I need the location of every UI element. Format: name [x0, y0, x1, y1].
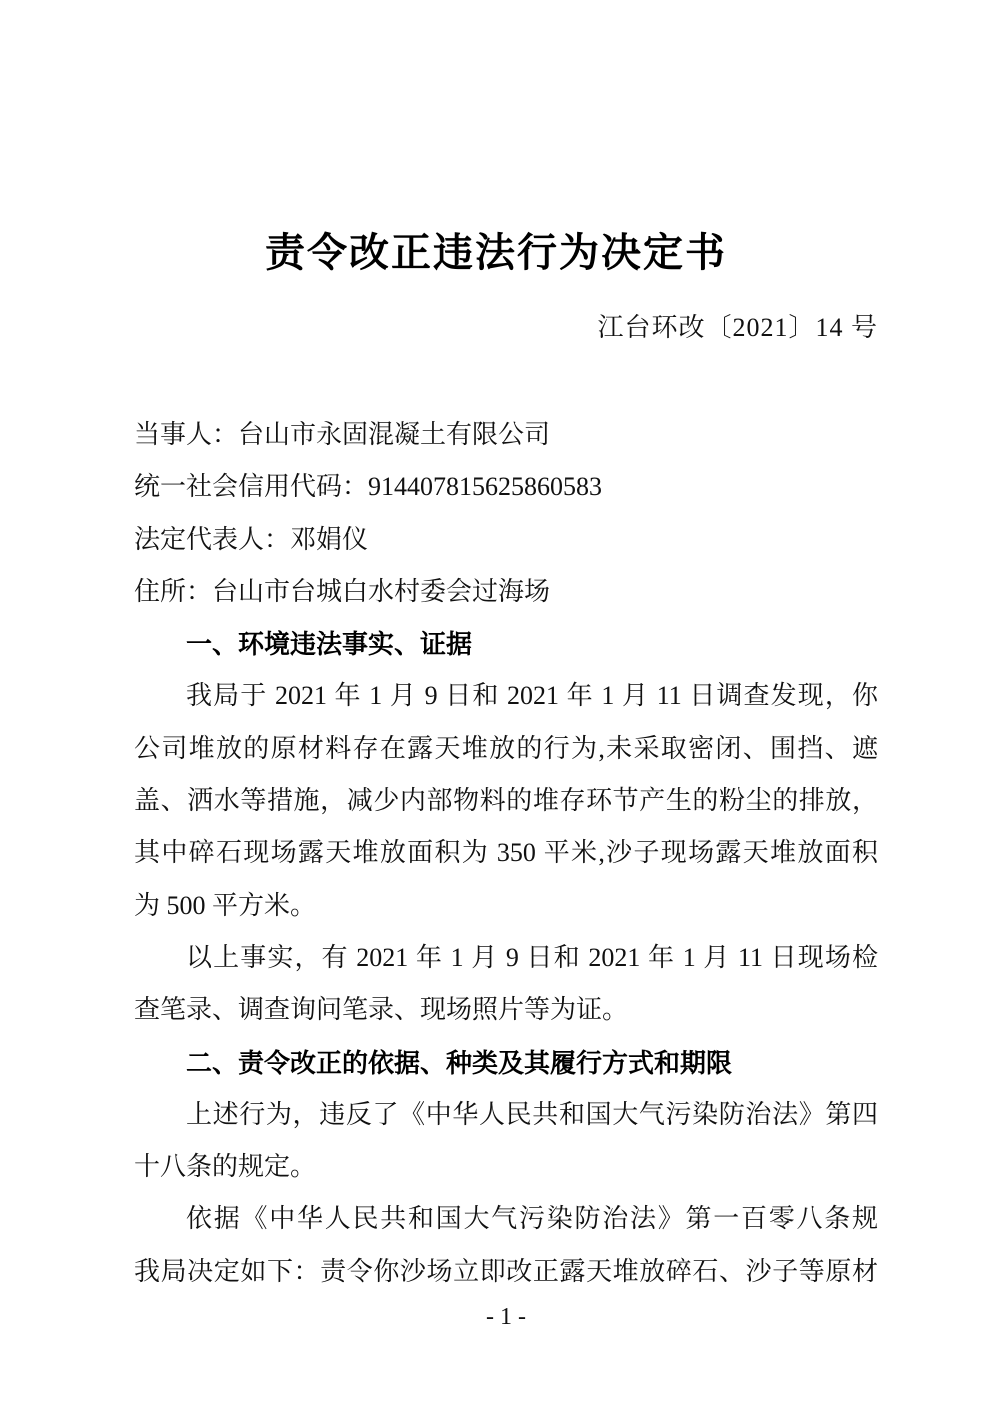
document-page: 责令改正违法行为决定书 江台环改〔2021〕14 号 当事人：台山市永固混凝土有…	[0, 0, 992, 1403]
page-number: - 1 -	[134, 1302, 878, 1332]
credit-code-line: 统一社会信用代码：914407815625860583	[134, 461, 878, 513]
body-line: 上述行为，违反了《中华人民共和国大气污染防治法》第四	[134, 1089, 878, 1141]
body-line: 为 500 平方米。	[134, 880, 878, 932]
document-content: 江台环改〔2021〕14 号 当事人：台山市永固混凝土有限公司 统一社会信用代码…	[0, 313, 992, 1332]
body-line: 公司堆放的原材料存在露天堆放的行为,未采取密闭、围挡、遮	[134, 723, 878, 775]
body-line: 我局于 2021 年 1 月 9 日和 2021 年 1 月 11 日调查发现，…	[134, 670, 878, 722]
address-line: 住所：台山市台城白水村委会过海场	[134, 566, 878, 618]
body-line: 依据《中华人民共和国大气污染防治法》第一百零八条规定，	[134, 1193, 878, 1245]
body-line: 以上事实，有 2021 年 1 月 9 日和 2021 年 1 月 11 日现场…	[134, 932, 878, 984]
document-body: 当事人：台山市永固混凝土有限公司 统一社会信用代码：91440781562586…	[134, 409, 878, 1298]
body-line: 盖、洒水等措施，减少内部物料的堆存环节产生的粉尘的排放，	[134, 775, 878, 827]
legal-rep-line: 法定代表人：邓娟仪	[134, 514, 878, 566]
doc-title: 责令改正违法行为决定书	[0, 231, 992, 275]
body-line: 其中碎石现场露天堆放面积为 350 平米,沙子现场露天堆放面积	[134, 827, 878, 879]
body-line: 查笔录、调查询问笔录、现场照片等为证。	[134, 984, 878, 1036]
party-line: 当事人：台山市永固混凝土有限公司	[134, 409, 878, 461]
body-line: 十八条的规定。	[134, 1141, 878, 1193]
doc-number: 江台环改〔2021〕14 号	[134, 313, 878, 343]
section2-heading: 二、责令改正的依据、种类及其履行方式和期限	[134, 1037, 878, 1089]
section1-heading: 一、环境违法事实、证据	[134, 618, 878, 670]
body-line: 我局决定如下：责令你沙场立即改正露天堆放碎石、沙子等原材	[134, 1246, 878, 1298]
